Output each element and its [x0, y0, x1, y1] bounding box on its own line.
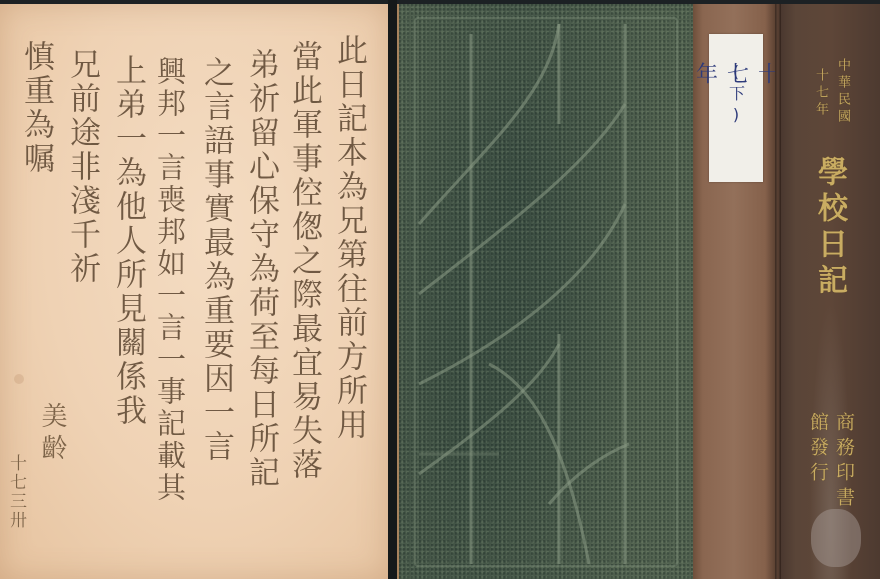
spine-year-text: 十七年 [811, 68, 830, 119]
spine-publisher-col2: 館發行 [805, 412, 832, 487]
letter-column-3: 弟祈留心保守為荷至每日所記 [245, 48, 276, 490]
signature: 美齡 [34, 402, 71, 466]
letter-column-7: 兄前途非淺千祈 [66, 48, 97, 286]
worn-patch [811, 509, 861, 567]
letter-column-8: 慎重為嘱 [20, 40, 51, 176]
letter-column-2: 當此軍事倥偬之際最宜易失落 [288, 40, 319, 482]
green-book-cover [397, 4, 695, 579]
stain-mark [14, 374, 24, 384]
letter-column-4: 之言語事實最為重要因一言 [200, 56, 231, 464]
spine-paper-label: 十七年(下) [709, 34, 763, 182]
spine-republic-text: 中華民國 [833, 58, 852, 126]
spine-label-volume: (下) [725, 62, 748, 128]
spine-publisher-col1: 商務印書 [831, 412, 858, 512]
page-gap [388, 0, 397, 579]
letter-column-5: 興邦一言喪邦如一言一事記載其 [155, 56, 184, 504]
handwritten-letter-page: 此日記本為兄第往前方所用 當此軍事倥偬之際最宜易失落 弟祈留心保守為荷至每日所記… [0, 4, 388, 579]
letter-column-1: 此日記本為兄第往前方所用 [333, 34, 364, 442]
book-spine-labeled: 十七年(下) [693, 4, 775, 579]
letter-column-6: 上弟一為他人所見關係我 [112, 54, 143, 428]
letter-date: 十七三卅 [4, 454, 29, 530]
embossed-pattern-icon [399, 4, 695, 579]
book-spine-gold-title: 中華民國 十七年 學校日記 商務印書 館發行 [781, 4, 880, 579]
spine-title: 學校日記 [807, 156, 851, 300]
